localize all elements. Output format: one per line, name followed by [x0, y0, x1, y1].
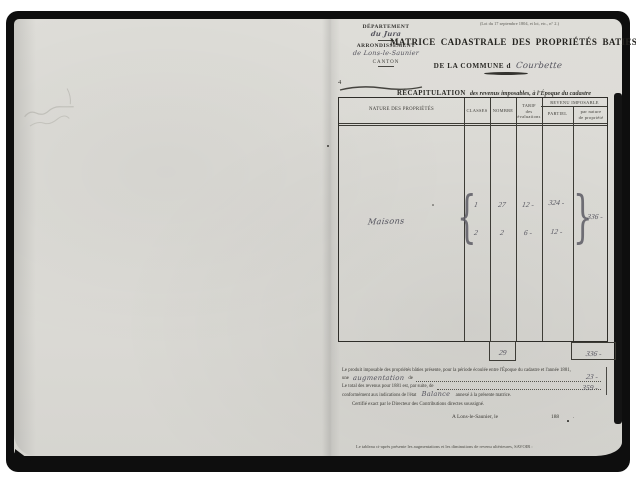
column-rule: [490, 98, 491, 341]
footer-line4-handwritten: Balance: [422, 390, 451, 398]
total-nombre-value: 29: [498, 348, 507, 357]
col-header-tarif: TARIF des évaluations: [516, 103, 542, 120]
entry-row2-nombre: 2: [488, 228, 515, 237]
dust-speck: [327, 145, 329, 147]
revenu-group-underline: [541, 106, 607, 107]
footer-line3: Le total des revenus pour 1881 est, par …: [342, 384, 604, 390]
col-header-partiel: PARTIEL: [542, 111, 573, 117]
law-reference: (Loi du 17 septembre 1804, et loi, etc.,…: [452, 21, 587, 26]
footer-line2: une augmentation de: [342, 374, 604, 382]
footer-line3-text: Le total des revenus pour 1881 est, par …: [342, 384, 434, 390]
col-header-par-nature: par nature de propriété: [573, 109, 609, 120]
col-header-classes: CLASSES: [464, 108, 490, 114]
header-separator-double-rule: [339, 123, 607, 126]
entry-row2-tarif: 6 -: [514, 228, 541, 237]
footer-line4: conformément aux indications de l'état B…: [342, 391, 608, 399]
recap-subtitle: des revenus imposables, à l'Époque du ca…: [470, 90, 591, 97]
commune-label: DE LA COMMUNE d: [434, 62, 511, 70]
total-revenu-box: 336 -: [571, 342, 616, 360]
commune-name-handwritten: Courbette: [516, 61, 563, 71]
document-title: MATRICE CADASTRALE DES PROPRIÉTÉS BATIES: [390, 37, 605, 47]
footer-line4-prefix: conformément aux indications de l'état: [342, 393, 416, 398]
amount-margin-rule: [606, 367, 607, 395]
entry-row2-partiel: 12 -: [540, 227, 572, 236]
total-revenu-value: 336 -: [585, 349, 602, 358]
recap-word: RÉCAPITULATION: [397, 90, 466, 97]
entry-row1-tarif: 12 -: [514, 200, 541, 209]
col-header-revenu-group: REVENU IMPOSABLE: [542, 100, 607, 106]
year-dot: .: [573, 414, 574, 420]
footer-line1: Le produit imposable des propriétés bâti…: [342, 368, 608, 374]
col-header-nature: NATURE DES PROPRIÉTÉS: [339, 107, 464, 113]
entry-row1-classe: 1: [462, 200, 489, 209]
footer-line2-suffix: de: [408, 376, 413, 382]
footer-line2-handwritten: augmentation: [353, 374, 405, 382]
entry-row1-partiel: 324 -: [540, 198, 572, 207]
col-header-nombre: NOMBRE: [490, 108, 516, 114]
footer-line2-amount: 23 -: [578, 372, 605, 381]
bottom-note: Le tableau ci-après présente les augment…: [356, 444, 600, 449]
dotted-leader: [416, 378, 601, 382]
column-rule: [516, 98, 517, 341]
total-nombre-box: 29: [489, 341, 516, 361]
footer-line2-prefix: une: [342, 376, 349, 382]
entry-nature-maisons: Maisons: [367, 216, 405, 227]
footer-line4-suffix: annexé à la présente matrice.: [456, 393, 512, 398]
dust-speck: [567, 420, 569, 422]
swelled-rule-divider: [484, 72, 528, 75]
entry-row2-classe: 2: [462, 228, 489, 237]
divider-rule: [378, 66, 394, 67]
entry-brace-open: {: [457, 190, 477, 246]
entry-row1-nombre: 27: [488, 200, 515, 209]
dust-speck: [432, 204, 434, 206]
year-prefix: 188: [551, 414, 559, 420]
pencil-note-scribble: [14, 77, 101, 144]
commune-line: DE LA COMMUNE dCourbette: [398, 55, 598, 73]
certified-statement: Certifié exact par le Directeur des Cont…: [352, 402, 484, 407]
book-edge-bar: [614, 93, 622, 424]
place-date-line: A Lons-le-Saunier, le: [452, 414, 498, 420]
column-rule: [542, 98, 543, 341]
entry-total-par-nature: 336 -: [579, 212, 610, 221]
